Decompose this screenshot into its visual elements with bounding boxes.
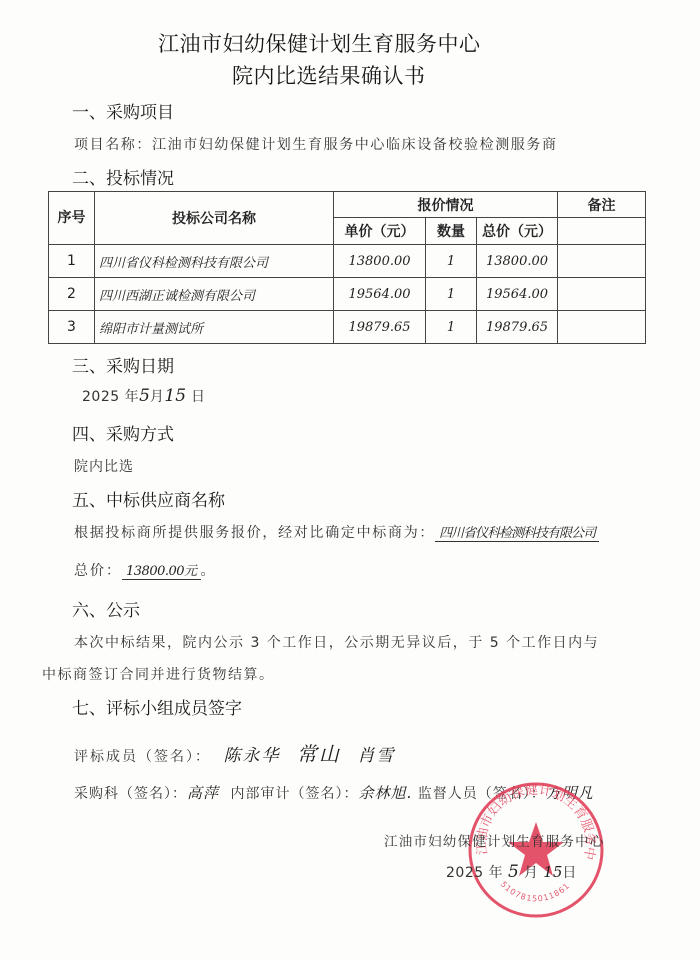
evaluator-signature: 常山 bbox=[297, 742, 341, 766]
section-heading-procurement-project: 一、采购项目 bbox=[72, 98, 174, 123]
date-day-unit: 日 bbox=[191, 389, 206, 405]
date-month-unit: 月 bbox=[150, 389, 165, 405]
document-title-line1: 江油市妇幼保健计划生育服务中心 bbox=[158, 28, 481, 58]
cell-remark bbox=[558, 245, 646, 278]
svg-text:5107815011861: 5107815011861 bbox=[499, 880, 572, 904]
section-heading-signatures: 七、评标小组成员签字 bbox=[72, 694, 242, 719]
header-seq: 序号 bbox=[49, 192, 95, 245]
date-month: 5 bbox=[139, 386, 150, 406]
cell-unit-price: 13800.00 bbox=[334, 245, 426, 278]
section-heading-announcement: 六、公示 bbox=[72, 596, 140, 621]
section-heading-bids: 二、投标情况 bbox=[72, 164, 174, 189]
footer-day: 15 bbox=[543, 863, 562, 881]
cell-company: 绵阳市计量测试所 bbox=[95, 311, 334, 344]
project-name-label: 项目名称： bbox=[74, 137, 152, 153]
header-unit-price: 单价（元） bbox=[334, 218, 426, 245]
cell-unit-price: 19879.65 bbox=[334, 311, 426, 344]
procurement-method: 院内比选 bbox=[74, 456, 134, 476]
footer-year: 2025 bbox=[446, 865, 484, 881]
footer-date: 2025 年 5 月 15日 bbox=[446, 862, 577, 882]
total-label: 总价： bbox=[74, 563, 122, 579]
header-total-price: 总价（元） bbox=[477, 218, 558, 245]
header-remark: 备注 bbox=[558, 192, 646, 218]
section-heading-winning-supplier: 五、中标供应商名称 bbox=[72, 486, 225, 511]
procurement-date: 2025 年5月15 日 bbox=[82, 386, 206, 406]
seal-code: 5107815011861 bbox=[499, 880, 572, 904]
cell-quantity: 1 bbox=[426, 245, 477, 278]
header-quote-group: 报价情况 bbox=[334, 192, 558, 218]
section-heading-procurement-method: 四、采购方式 bbox=[72, 420, 174, 445]
cell-total-price: 13800.00 bbox=[477, 245, 558, 278]
date-day: 15 bbox=[164, 386, 186, 406]
evaluator-signature: 陈永华 bbox=[223, 746, 280, 766]
date-year: 2025 bbox=[82, 389, 120, 405]
cell-remark bbox=[558, 311, 646, 344]
footer-month: 5 bbox=[508, 862, 519, 882]
announcement-line1: 本次中标结果，院内公示 3 个工作日，公示期无异议后，于 5 个工作日内与 bbox=[74, 632, 599, 652]
winner-statement-text: 根据投标商所提供服务报价，经对比确定中标商为： bbox=[74, 525, 435, 541]
table-row: 1 四川省仪科检测科技有限公司 13800.00 1 13800.00 bbox=[49, 245, 646, 278]
cell-unit-price: 19564.00 bbox=[334, 278, 426, 311]
total-end: 。 bbox=[201, 563, 217, 579]
footer-organization: 江油市妇幼保健计划生育服务中心 bbox=[384, 830, 605, 850]
audit-label: 内部审计（签名）： bbox=[230, 786, 358, 802]
table-row: 3 绵阳市计量测试所 19879.65 1 19879.65 bbox=[49, 311, 646, 344]
date-year-unit: 年 bbox=[125, 389, 140, 405]
evaluators-label: 评标成员（签名）： bbox=[74, 749, 211, 765]
cell-company: 四川西湖正诚检测有限公司 bbox=[95, 278, 334, 311]
cell-total-price: 19879.65 bbox=[477, 311, 558, 344]
announcement-line2: 中标商签订合同并进行货物结算。 bbox=[42, 664, 275, 684]
procurement-signature: 高萍 bbox=[187, 784, 219, 802]
winner-statement: 根据投标商所提供服务报价，经对比确定中标商为：四川省仪科检测科技有限公司 bbox=[74, 522, 599, 542]
footer-day-unit: 日 bbox=[562, 865, 577, 881]
cell-total-price: 19564.00 bbox=[477, 278, 558, 311]
cell-remark bbox=[558, 278, 646, 311]
cell-quantity: 1 bbox=[426, 278, 477, 311]
evaluators-line: 评标成员（签名）： 陈永华 常山 肖雪 bbox=[74, 738, 395, 767]
winner-total: 总价：13800.00元。 bbox=[74, 560, 217, 580]
project-name-value: 江油市妇幼保健计划生育服务中心临床设备校验检测服务商 bbox=[152, 137, 558, 153]
table-row: 2 四川西湖正诚检测有限公司 19564.00 1 19564.00 bbox=[49, 278, 646, 311]
audit-signature: 余林旭. bbox=[358, 784, 412, 802]
total-value: 13800.00元 bbox=[122, 564, 201, 580]
header-company: 投标公司名称 bbox=[95, 192, 334, 245]
cell-seq: 1 bbox=[49, 245, 95, 278]
cell-company: 四川省仪科检测科技有限公司 bbox=[95, 245, 334, 278]
header-quantity: 数量 bbox=[426, 218, 477, 245]
header-remark-blank bbox=[558, 218, 646, 245]
document-title-line2: 院内比选结果确认书 bbox=[232, 60, 426, 90]
section-heading-procurement-date: 三、采购日期 bbox=[72, 352, 174, 377]
cell-seq: 2 bbox=[49, 278, 95, 311]
footer-year-unit: 年 bbox=[489, 865, 504, 881]
cell-quantity: 1 bbox=[426, 311, 477, 344]
bids-table: 序号 投标公司名称 报价情况 备注 单价（元） 数量 总价（元） 1 四川省仪科… bbox=[48, 191, 646, 344]
project-name-line: 项目名称：江油市妇幼保健计划生育服务中心临床设备校验检测服务商 bbox=[74, 134, 558, 154]
cell-seq: 3 bbox=[49, 311, 95, 344]
evaluator-signature: 肖雪 bbox=[357, 746, 395, 766]
procurement-label: 采购科（签名）： bbox=[74, 786, 187, 802]
footer-month-unit: 月 bbox=[524, 865, 539, 881]
winner-name: 四川省仪科检测科技有限公司 bbox=[435, 526, 599, 542]
official-seal-icon: 江油市妇幼保健计划生育服务中心 5107815011861 bbox=[466, 780, 606, 920]
